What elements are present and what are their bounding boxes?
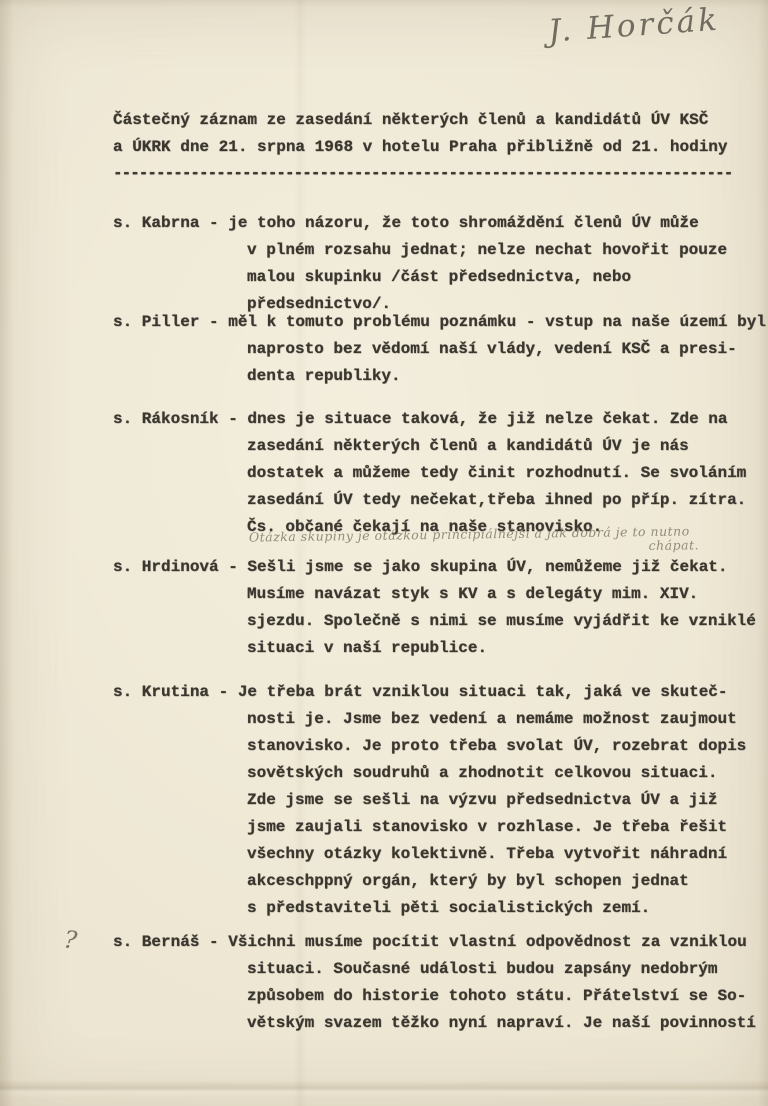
handwritten-signature: J. Horčák (547, 0, 768, 50)
speech-text: měl k tomuto problému poznámku - vstup n… (228, 313, 766, 385)
speech-text: je toho názoru, že toto shromáždění člen… (228, 214, 727, 313)
document-page: J. Horčák Částečný záznam ze zasedání ně… (0, 0, 768, 1106)
speech-entry-hrdinova: s. Hrdinová - Sešli jsme se jako skupina… (113, 554, 768, 662)
speech-text: Všichni musíme pocítit vlastní odpovědno… (228, 933, 756, 1032)
speech-text: Je třeba brát vzniklou situaci tak, jaká… (238, 683, 746, 917)
speaker-label: s. Kabrna - (113, 214, 228, 232)
document-title: Částečný záznam ze zasedání některých čl… (113, 107, 728, 161)
speaker-label: s. Krutina - (113, 683, 238, 701)
speech-entry-bernas: s. Bernáš - Všichni musíme pocítit vlast… (113, 929, 768, 1037)
speech-entry-piller: s. Piller - měl k tomuto problému poznám… (113, 309, 768, 390)
speech-text: dnes je situace taková, že již nelze ček… (247, 410, 746, 536)
separator-line: ----------------------------------------… (113, 160, 732, 187)
speech-entry-krutina: s. Krutina - Je třeba brát vzniklou situ… (113, 679, 768, 922)
speaker-label: s. Bernáš - (113, 933, 228, 951)
speech-text: Sešli jsme se jako skupina ÚV, nemůžeme … (247, 558, 756, 657)
speaker-label: s. Piller - (113, 313, 228, 331)
speaker-label: s. Rákosník - (113, 410, 247, 428)
speaker-label: s. Hrdinová - (113, 558, 247, 576)
speech-entry-rakosnik: s. Rákosník - dnes je situace taková, že… (113, 406, 768, 541)
pencil-question-mark: ? (63, 925, 79, 954)
speech-entry-kabrna: s. Kabrna - je toho názoru, že toto shro… (113, 210, 768, 318)
